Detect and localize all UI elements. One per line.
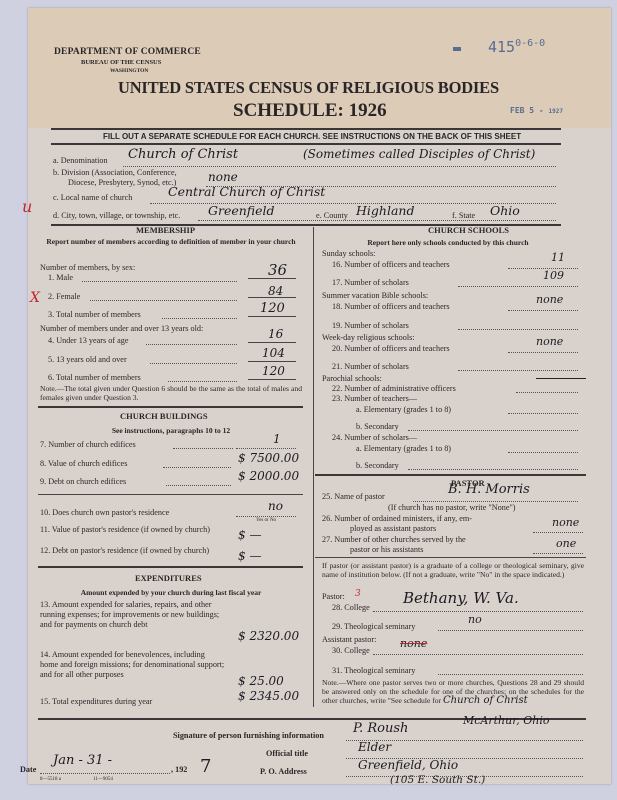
form-title: UNITED STATES CENSUS OF RELIGIOUS BODIES: [118, 78, 499, 98]
owns-residence-label: 10. Does church own pastor's residence: [40, 508, 169, 517]
parochial-schools-label: Parochial schools:: [322, 374, 382, 383]
multiple-churches-note: Note.—Where one pastor serves two or mor…: [322, 678, 584, 706]
scholars-label: 24. Number of scholars—: [332, 433, 417, 442]
total-expenditures-label: 15. Total expenditures during year: [40, 697, 152, 706]
over-13-value[interactable]: 104: [262, 346, 285, 360]
total-members-2-label: 6. Total number of members: [48, 373, 141, 382]
membership-note: Note.—The total given under Question 6 s…: [40, 384, 302, 402]
year-value[interactable]: 7: [200, 756, 211, 777]
membership-subheading: Report number of members according to de…: [40, 237, 302, 247]
weekday-officers-value[interactable]: none: [536, 335, 563, 348]
division-label-line2: Diocese, Presbytery, Synod, etc.): [68, 178, 176, 187]
owns-residence-value[interactable]: no: [268, 499, 283, 513]
pastor-name-hint: (If church has no pastor, write "None"): [388, 503, 516, 512]
edifices-count-value[interactable]: 1: [273, 432, 281, 446]
other-churches-label-line1: 27. Number of other churches served by t…: [322, 535, 466, 544]
county-label: e. County: [316, 211, 348, 220]
edifices-debt-label: 9. Debt on church edifices: [40, 477, 126, 486]
assistant-college-label: 30. College: [332, 646, 370, 655]
answer-line: [516, 392, 578, 393]
leader-line: [166, 485, 231, 486]
residence-debt-label: 12. Debt on pastor's residence (if owned…: [40, 546, 230, 556]
total-members-label: 3. Total number of members: [48, 310, 141, 319]
city-label: Washington: [110, 68, 148, 74]
seminary-value[interactable]: no: [468, 613, 482, 626]
po-address-value[interactable]: Greenfield, Ohio: [358, 758, 458, 772]
pen-dash: [536, 378, 586, 379]
received-stamp-date: FEB 5 -: [510, 106, 544, 115]
divider: [38, 566, 303, 568]
leader-line: [90, 300, 237, 301]
sunday-schools-label: Sunday schools:: [322, 249, 375, 258]
answer-line: [458, 329, 578, 330]
margin-red-x-mark: X: [30, 290, 40, 306]
answer-line: [373, 654, 583, 655]
divider: [315, 474, 586, 476]
denomination-label: a. Denomination: [53, 156, 108, 165]
church-buildings-heading: CHURCH BUILDINGS: [120, 411, 208, 421]
graduate-note: If pastor (or assistant pastor) is a gra…: [322, 561, 584, 579]
stamp-mark: [453, 47, 461, 51]
county-value[interactable]: Highland: [356, 203, 414, 218]
ordained-value[interactable]: none: [552, 516, 579, 529]
local-name-label: c. Local name of church: [53, 193, 132, 202]
over-13-label: 5. 13 years old and over: [48, 355, 127, 364]
answer-line: [458, 370, 578, 371]
divider: [38, 494, 303, 495]
assistant-college-value[interactable]: none: [400, 637, 427, 650]
residence-debt-value[interactable]: $ —: [238, 549, 261, 563]
answer-line: [533, 532, 583, 533]
form-code-1: 8—5518 a: [40, 777, 61, 782]
teachers-secondary-label: b. Secondary: [356, 422, 399, 431]
stamp-number: 415: [488, 38, 515, 56]
teachers-label: 23. Number of teachers—: [332, 394, 417, 403]
answer-line: [508, 310, 578, 311]
denomination-line: [123, 166, 556, 167]
vacation-scholars-label: 19. Number of scholars: [332, 321, 409, 330]
edifices-value-value[interactable]: $ 7500.00: [238, 451, 299, 465]
divider: [315, 557, 586, 558]
vacation-schools-label: Summer vacation Bible schools:: [322, 291, 428, 300]
leader-line: [163, 467, 231, 468]
male-label: 1. Male: [48, 273, 73, 282]
see-schedule-value[interactable]: Church of Christ: [443, 695, 528, 706]
church-schools-subheading: Report here only schools conducted by th…: [318, 238, 578, 247]
answer-line: [408, 469, 578, 470]
answer-line: [248, 297, 296, 298]
pastor-red-mark: 3: [355, 589, 361, 599]
church-buildings-subheading: See instructions, paragraphs 10 to 12: [40, 426, 302, 435]
file-number-stamp: 4150-6-0: [488, 38, 545, 56]
residence-value-label: 11. Value of pastor's residence (if owne…: [40, 525, 230, 535]
female-label: 2. Female: [48, 292, 80, 301]
official-title-value[interactable]: Elder: [358, 740, 391, 754]
denomination-note: (Sometimes called Disciples of Christ): [303, 147, 535, 161]
membership-heading: MEMBERSHIP: [136, 225, 195, 235]
under-13-label: 4. Under 13 years of age: [48, 336, 128, 345]
vacation-officers-label: 18. Number of officers and teachers: [332, 302, 450, 311]
residence-value-value[interactable]: $ —: [238, 528, 261, 542]
benevolences-value[interactable]: $ 25.00: [238, 674, 284, 688]
state-label: f. State: [452, 211, 475, 220]
seminary-label: 29. Theological seminary: [332, 622, 415, 631]
answer-line: [458, 286, 578, 287]
answer-line: [248, 278, 296, 279]
answer-line: [248, 379, 296, 380]
city-label: d. City, town, village, or township, etc…: [53, 211, 180, 220]
received-date-stamp: FEB 5 - 1927: [510, 106, 563, 115]
sunday-officers-label: 16. Number of officers and teachers: [332, 260, 450, 269]
scholars-elementary-label: a. Elementary (grades 1 to 8): [356, 444, 451, 453]
edifices-count-label: 7. Number of church edifices: [40, 440, 136, 449]
pastor-name-value[interactable]: B. H. Morris: [448, 482, 530, 497]
benevolences-label: 14. Amount expended for benevolences, in…: [40, 650, 225, 680]
signature-value[interactable]: P. Roush: [353, 721, 408, 736]
leader-line: [162, 318, 237, 319]
division-value[interactable]: none: [208, 170, 238, 184]
female-value[interactable]: 84: [268, 284, 283, 298]
expenditures-subheading: Amount expended by your church during la…: [40, 588, 302, 597]
members-by-age-label: Number of members under and over 13 year…: [40, 324, 203, 333]
running-expenses-value[interactable]: $ 2320.00: [238, 629, 299, 643]
college-value[interactable]: Bethany, W. Va.: [403, 589, 519, 607]
date-label: Date: [20, 765, 36, 774]
yes-no-hint: Yes or No: [256, 518, 276, 523]
po-address-line2[interactable]: (105 E. South St.): [390, 774, 485, 786]
answer-line: [40, 773, 170, 774]
date-value[interactable]: Jan - 31 -: [53, 753, 112, 768]
college-label: 28. College: [332, 603, 370, 612]
admin-officers-label: 22. Number of administrative officers: [332, 384, 456, 393]
teachers-elementary-label: a. Elementary (grades 1 to 8): [356, 405, 451, 414]
leader-line: [146, 344, 237, 345]
answer-line: [438, 630, 583, 631]
column-divider: [313, 227, 314, 707]
pastor-name-label: 25. Name of pastor: [322, 492, 385, 501]
official-title-label: Official title: [266, 749, 308, 758]
instruction-banner: FILL OUT A SEPARATE SCHEDULE FOR EACH CH…: [103, 132, 521, 141]
ordained-label-line2: ployed as assistant pastors: [350, 524, 436, 533]
weekday-scholars-label: 21. Number of scholars: [332, 362, 409, 371]
edifices-debt-value[interactable]: $ 2000.00: [238, 469, 299, 483]
other-churches-value[interactable]: one: [556, 537, 576, 550]
answer-line: [508, 452, 578, 453]
members-by-sex-label: Number of members, by sex:: [40, 263, 135, 272]
division-label-line1: b. Division (Association, Conference,: [53, 168, 177, 177]
year-prefix: , 192: [171, 765, 187, 774]
stamp-suffix: 0-6-0: [515, 38, 545, 49]
total-expenditures-value[interactable]: $ 2345.00: [238, 689, 299, 703]
bureau-label: BUREAU OF THE CENSUS: [81, 59, 161, 66]
answer-line: [508, 413, 578, 414]
assistant-seminary-label: 31. Theological seminary: [332, 666, 415, 675]
local-name-value[interactable]: Central Church of Christ: [168, 184, 325, 199]
assistant-pastor-label: Assistant pastor:: [322, 635, 376, 644]
weekday-officers-label: 20. Number of officers and teachers: [332, 344, 450, 353]
leader-line: [82, 281, 237, 282]
denomination-value[interactable]: Church of Christ: [128, 147, 238, 162]
schedule-title: SCHEDULE: 1926: [233, 100, 387, 122]
city-value[interactable]: Greenfield: [208, 203, 275, 218]
department-label: DEPARTMENT OF COMMERCE: [54, 47, 201, 57]
answer-line: [248, 342, 296, 343]
state-value[interactable]: Ohio: [490, 203, 520, 218]
total-members-value[interactable]: 120: [260, 301, 285, 316]
divider: [38, 406, 303, 408]
weekday-schools-label: Week-day religious schools:: [322, 333, 415, 342]
sunday-scholars-label: 17. Number of scholars: [332, 278, 409, 287]
leader-line: [168, 381, 237, 382]
answer-line: [413, 501, 578, 502]
census-schedule-form: DEPARTMENT OF COMMERCE BUREAU OF THE CEN…: [28, 8, 611, 784]
answer-line: [248, 316, 296, 317]
scholars-secondary-label: b. Secondary: [356, 461, 399, 470]
answer-line: [508, 352, 578, 353]
under-13-value[interactable]: 16: [268, 327, 283, 341]
vacation-officers-value[interactable]: none: [536, 293, 563, 306]
expenditures-heading: EXPENDITURES: [135, 573, 202, 583]
leader-line: [150, 363, 237, 364]
answer-line: [236, 448, 296, 449]
ordained-label-line1: 26. Number of ordained ministers, if any…: [322, 514, 472, 523]
answer-line: [438, 674, 583, 675]
total-members-2-value[interactable]: 120: [262, 364, 285, 378]
leader-line: [173, 448, 233, 449]
received-stamp-year: 1927: [549, 108, 563, 115]
edifices-value-label: 8. Value of church edifices: [40, 459, 127, 468]
sunday-officers-value[interactable]: 11: [551, 251, 565, 264]
divider: [51, 143, 561, 145]
city-line: [198, 220, 556, 221]
church-schools-heading: CHURCH SCHOOLS: [428, 225, 509, 235]
margin-red-mark: u: [22, 197, 32, 216]
answer-line: [408, 430, 578, 431]
male-value[interactable]: 36: [268, 261, 287, 279]
po-address-label: P. O. Address: [260, 767, 307, 776]
divider: [51, 128, 561, 130]
answer-line: [236, 516, 296, 517]
pastor-label: Pastor:: [322, 592, 345, 601]
signature-label: Signature of person furnishing informati…: [173, 731, 324, 740]
running-expenses-label: 13. Amount expended for salaries, repair…: [40, 600, 225, 630]
answer-line: [533, 553, 583, 554]
sunday-scholars-value[interactable]: 109: [543, 269, 564, 282]
other-church-location: McArthur, Ohio: [463, 714, 550, 727]
answer-line: [248, 361, 296, 362]
other-churches-label-line2: pastor or his assistants: [350, 545, 423, 554]
form-code-2: 11—9054: [93, 777, 113, 782]
answer-line: [373, 611, 583, 612]
